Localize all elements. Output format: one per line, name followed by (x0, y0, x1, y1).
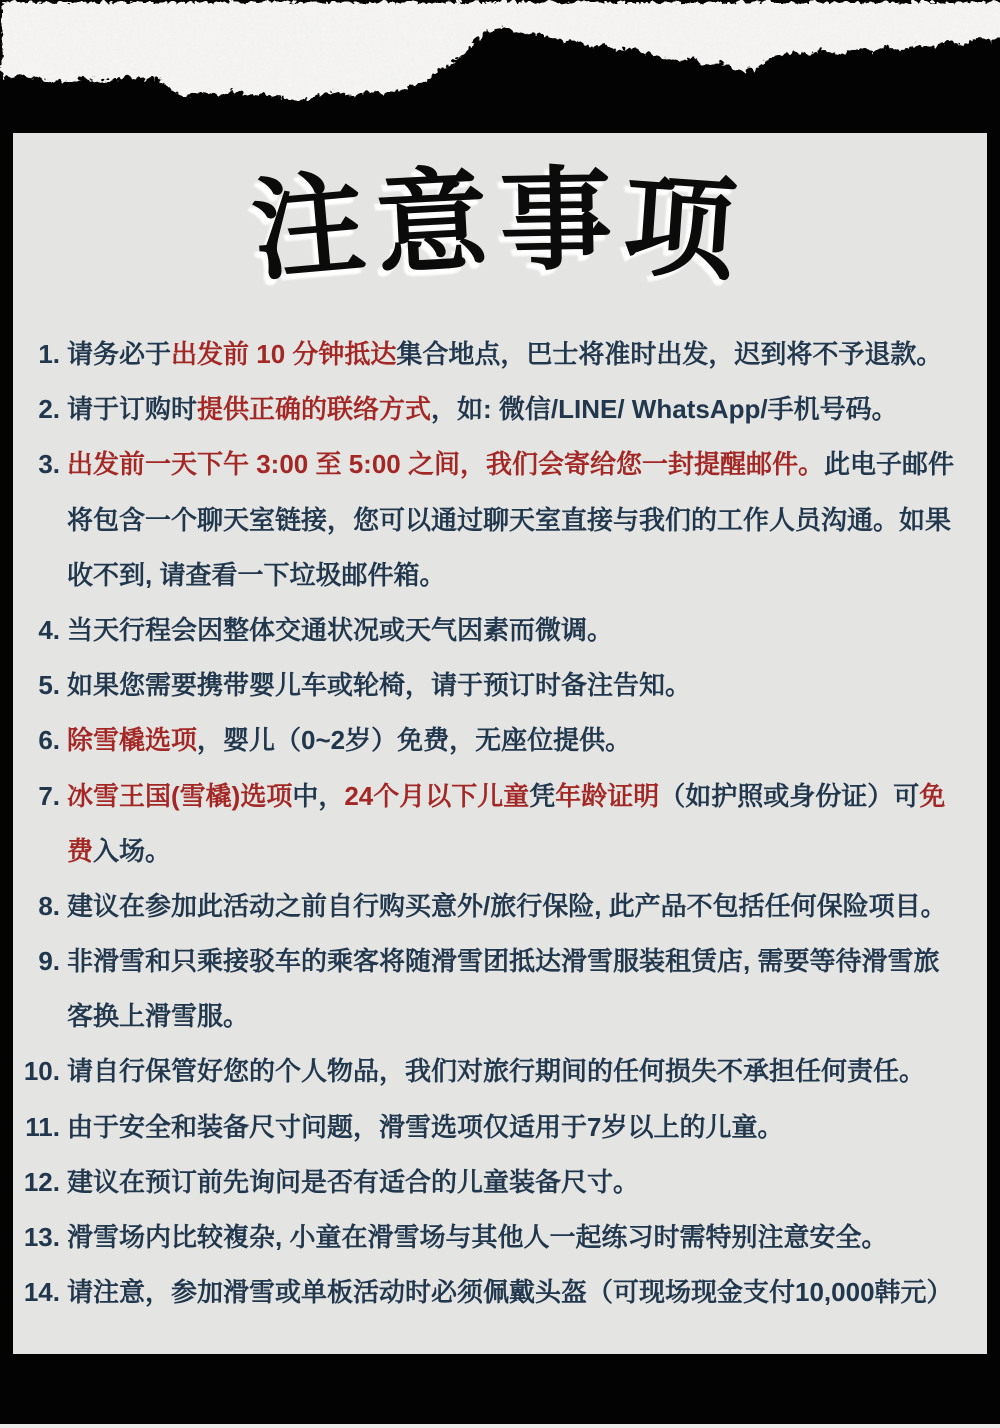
notice-number: 4. (13, 614, 60, 646)
notice-text: 客换上滑雪服。 (67, 1000, 973, 1032)
notice-number: 7. (13, 780, 60, 812)
notice-text-segment: ，婴儿（0~2岁）免费，无座位提供。 (197, 725, 631, 755)
notice-text: 请自行保管好您的个人物品，我们对旅行期间的任何损失不承担任何责任。 (67, 1055, 973, 1087)
notice-text-segment: 滑雪场内比较複杂, 小童在滑雪场与其他人一起练习时需特别注意安全。 (67, 1222, 887, 1252)
notice-text: 如果您需要携带婴儿车或轮椅，请于预订时备注告知。 (67, 669, 973, 701)
notice-text-segment: 请注意，参加滑雪或单板活动时必须佩戴头盔（可现场现金支付10,000韩元） (67, 1277, 953, 1307)
notice-text: 建议在预订前先询问是否有适合的儿童装备尺寸。 (67, 1166, 973, 1198)
notice-line: 收不到, 请查看一下垃圾邮件箱。 (13, 559, 973, 614)
page-title: 注意事项 (13, 155, 987, 290)
notice-number: 6. (13, 724, 60, 756)
notice-text-segment: 出发前 10 分钟抵达 (171, 339, 396, 369)
notice-text-segment: 24个月以下儿童 (344, 781, 529, 811)
notice-line: 7.冰雪王国(雪橇)选项中，24个月以下儿童凭年龄证明（如护照或身份证）可免 (13, 780, 973, 835)
notice-text-segment: 凭 (529, 781, 555, 811)
notice-text-segment: （如护照或身份证）可 (659, 781, 919, 811)
notice-text: 非滑雪和只乘接驳车的乘客将随滑雪团抵达滑雪服装租赁店, 需要等待滑雪旅 (67, 945, 973, 977)
title-char: 事 (499, 152, 625, 289)
notice-line: 9.非滑雪和只乘接驳车的乘客将随滑雪团抵达滑雪服装租赁店, 需要等待滑雪旅 (13, 945, 973, 1000)
notice-list: 1.请务必于出发前 10 分钟抵达集合地点，巴士将准时出发，迟到将不予退款。2.… (13, 338, 973, 1331)
notice-text-segment: 请务必于 (67, 339, 171, 369)
notice-text-segment: 免 (919, 781, 945, 811)
notice-line: 13.滑雪场内比较複杂, 小童在滑雪场与其他人一起练习时需特别注意安全。 (13, 1221, 973, 1276)
notice-line: 6.除雪橇选项，婴儿（0~2岁）免费，无座位提供。 (13, 724, 973, 779)
notice-text-segment: 费 (67, 836, 93, 866)
notice-number: 1. (13, 338, 60, 370)
notice-number: 10. (13, 1055, 60, 1087)
notice-line: 8.建议在参加此活动之前自行购买意外/旅行保险, 此产品不包括任何保险项目。 (13, 890, 973, 945)
notice-line: 14.请注意，参加滑雪或单板活动时必须佩戴头盔（可现场现金支付10,000韩元） (13, 1276, 973, 1331)
notice-text-segment: 请于订购时 (67, 394, 197, 424)
notice-number: 8. (13, 890, 60, 922)
torn-paper-edge (0, 0, 1000, 134)
notice-text-segment: 收不到, 请查看一下垃圾邮件箱。 (67, 560, 445, 590)
notice-text-segment: 客换上滑雪服。 (67, 1001, 249, 1031)
notice-text-segment: 如果您需要携带婴儿车或轮椅，请于预订时备注告知。 (67, 670, 691, 700)
notice-text-segment: 当天行程会因整体交通状况或天气因素而微调。 (67, 615, 613, 645)
notice-panel: 注意事项 1.请务必于出发前 10 分钟抵达集合地点，巴士将准时出发，迟到将不予… (13, 133, 987, 1354)
notice-text: 冰雪王国(雪橇)选项中，24个月以下儿童凭年龄证明（如护照或身份证）可免 (67, 780, 973, 812)
notice-text-segment: 由于安全和装备尺寸问题，滑雪选项仅适用于7岁以上的儿童。 (67, 1112, 783, 1142)
notice-text-segment: 冰雪王国(雪橇)选项 (67, 781, 292, 811)
notice-text: 由于安全和装备尺寸问题，滑雪选项仅适用于7岁以上的儿童。 (67, 1111, 973, 1143)
notice-line: 1.请务必于出发前 10 分钟抵达集合地点，巴士将准时出发，迟到将不予退款。 (13, 338, 973, 393)
page: { "title": "注意事项", "title_chars": ["注", … (0, 0, 1000, 1428)
notice-number: 13. (13, 1221, 60, 1253)
notice-number: 11. (13, 1111, 60, 1143)
notice-text: 收不到, 请查看一下垃圾邮件箱。 (67, 559, 973, 591)
notice-line: 10.请自行保管好您的个人物品，我们对旅行期间的任何损失不承担任何责任。 (13, 1055, 973, 1110)
notice-text-segment: 建议在参加此活动之前自行购买意外/旅行保险, 此产品不包括任何保险项目。 (67, 891, 947, 921)
bottom-edge-strip (0, 1424, 1000, 1428)
notice-line: 12.建议在预订前先询问是否有适合的儿童装备尺寸。 (13, 1166, 973, 1221)
notice-number: 3. (13, 448, 60, 480)
notice-text: 除雪橇选项，婴儿（0~2岁）免费，无座位提供。 (67, 724, 973, 756)
notice-text: 出发前一天下午 3:00 至 5:00 之间，我们会寄给您一封提醒邮件。此电子邮… (67, 448, 973, 480)
notice-line: 11.由于安全和装备尺寸问题，滑雪选项仅适用于7岁以上的儿童。 (13, 1111, 973, 1166)
notice-line: 费入场。 (13, 835, 973, 890)
notice-text: 将包含一个聊天室链接，您可以通过聊天室直接与我们的工作人员沟通。如果 (67, 504, 973, 536)
notice-text: 当天行程会因整体交通状况或天气因素而微调。 (67, 614, 973, 646)
notice-text-segment: 出发前一天下午 3:00 至 5:00 之间，我们会寄给您一封提醒邮件。 (67, 449, 824, 479)
notice-number: 12. (13, 1166, 60, 1198)
notice-text-segment: 除雪橇选项 (67, 725, 197, 755)
notice-line: 3.出发前一天下午 3:00 至 5:00 之间，我们会寄给您一封提醒邮件。此电… (13, 448, 973, 503)
notice-line: 客换上滑雪服。 (13, 1000, 973, 1055)
notice-text-segment: 中， (292, 781, 344, 811)
notice-text: 费入场。 (67, 835, 973, 867)
notice-number: 9. (13, 945, 60, 977)
notice-text: 请于订购时提供正确的联络方式，如: 微信/LINE/ WhatsApp/手机号码… (67, 393, 973, 425)
notice-line: 5.如果您需要携带婴儿车或轮椅，请于预订时备注告知。 (13, 669, 973, 724)
notice-text-segment: 年龄证明 (555, 781, 659, 811)
notice-line: 将包含一个聊天室链接，您可以通过聊天室直接与我们的工作人员沟通。如果 (13, 504, 973, 559)
notice-text: 请务必于出发前 10 分钟抵达集合地点，巴士将准时出发，迟到将不予退款。 (67, 338, 973, 370)
notice-text-segment: 请自行保管好您的个人物品，我们对旅行期间的任何损失不承担任何责任。 (67, 1056, 925, 1086)
title-char: 注 (247, 154, 382, 299)
notice-text-segment: 集合地点，巴士将准时出发，迟到将不予退款。 (396, 339, 942, 369)
notice-text-segment: 入场。 (93, 836, 171, 866)
notice-text-segment: 提供正确的联络方式 (197, 394, 431, 424)
notice-number: 2. (13, 393, 60, 425)
notice-line: 2.请于订购时提供正确的联络方式，如: 微信/LINE/ WhatsApp/手机… (13, 393, 973, 448)
notice-text-segment: 建议在预订前先询问是否有适合的儿童装备尺寸。 (67, 1167, 639, 1197)
notice-line: 4.当天行程会因整体交通状况或天气因素而微调。 (13, 614, 973, 669)
notice-text-segment: ，如: 微信/LINE/ WhatsApp/手机号码。 (431, 394, 898, 424)
notice-text: 请注意，参加滑雪或单板活动时必须佩戴头盔（可现场现金支付10,000韩元） (67, 1276, 973, 1308)
title-char: 意 (373, 152, 504, 293)
notice-number: 5. (13, 669, 60, 701)
notice-text: 建议在参加此活动之前自行购买意外/旅行保险, 此产品不包括任何保险项目。 (67, 890, 973, 922)
title-char: 项 (619, 157, 752, 300)
notice-number: 14. (13, 1276, 60, 1308)
notice-text-segment: 此电子邮件 (824, 449, 954, 479)
notice-text: 滑雪场内比较複杂, 小童在滑雪场与其他人一起练习时需特别注意安全。 (67, 1221, 973, 1253)
notice-text-segment: 非滑雪和只乘接驳车的乘客将随滑雪团抵达滑雪服装租赁店, 需要等待滑雪旅 (67, 946, 939, 976)
notice-text-segment: 将包含一个聊天室链接，您可以通过聊天室直接与我们的工作人员沟通。如果 (67, 505, 951, 535)
